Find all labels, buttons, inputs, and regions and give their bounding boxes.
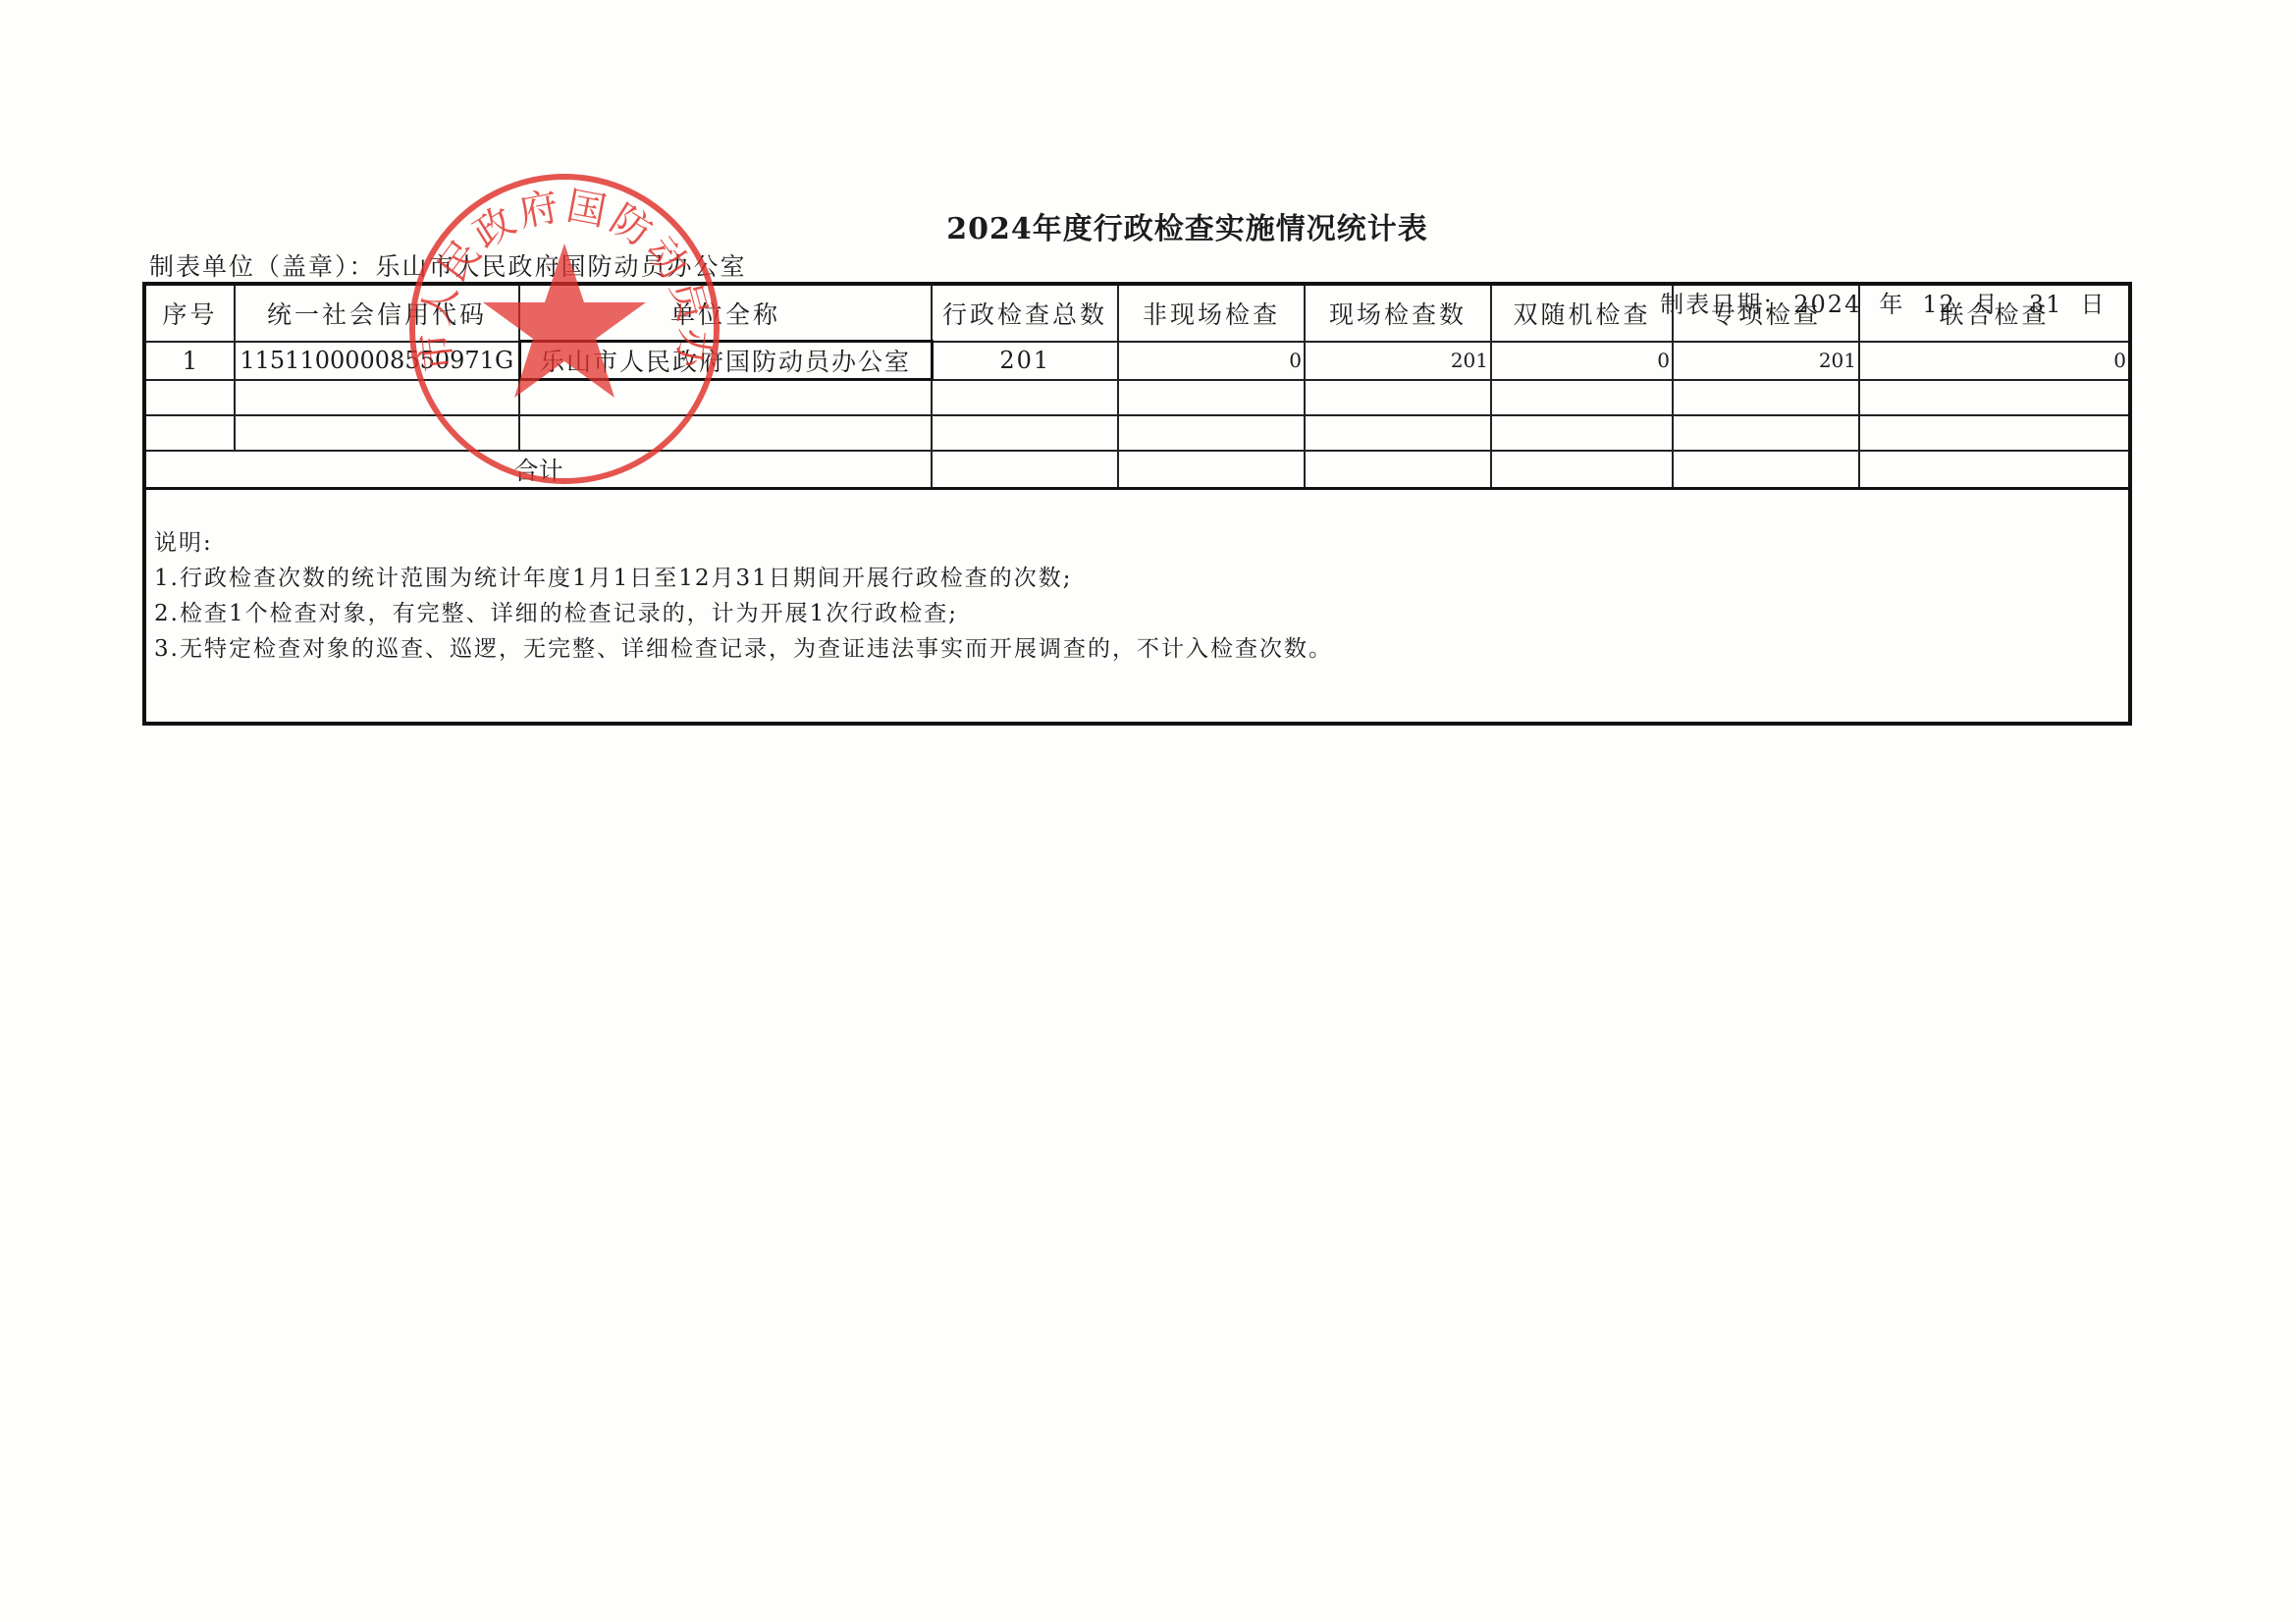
table-row-empty (146, 380, 2128, 416)
preparing-unit-name: 乐山市人民政府国防动员办公室 (376, 252, 747, 281)
table-row: 1 11511000008550971G 乐山市人民政府国防动员办公室 201 … (146, 342, 2128, 380)
preparing-unit: 制表单位（盖章）：乐山市人民政府国防动员办公室 (149, 247, 747, 283)
cell-index: 1 (146, 342, 235, 380)
header-total: 行政检查总数 (932, 286, 1118, 342)
notes-section: 说明: 1.行政检查次数的统计范围为统计年度1月1日至12月31日期间开展行政检… (146, 490, 2128, 667)
cell-credit-code: 11511000008550971G (235, 342, 519, 380)
header-onsite: 现场检查数 (1305, 286, 1491, 342)
statistics-sheet: 序号 统一社会信用代码 单位全称 行政检查总数 非现场检查 现场检查数 双随机检… (142, 282, 2132, 726)
cell-onsite: 201 (1305, 342, 1491, 380)
header-joint: 联合检查 (1859, 286, 2128, 342)
table-header-row: 序号 统一社会信用代码 单位全称 行政检查总数 非现场检查 现场检查数 双随机检… (146, 286, 2128, 342)
note-item: 2.检查1个检查对象，有完整、详细的检查记录的，计为开展1次行政检查; (154, 596, 2128, 631)
cell-unit-name: 乐山市人民政府国防动员办公室 (519, 342, 932, 380)
table-row-empty (146, 415, 2128, 451)
document-title: 2024年度行政检查实施情况统计表 (0, 204, 2296, 247)
note-item: 3.无特定检查对象的巡查、巡逻，无完整、详细检查记录，为查证违法事实而开展调查的… (154, 631, 2128, 667)
cell-special: 201 (1673, 342, 1859, 380)
header-unit-name: 单位全称 (519, 286, 932, 342)
notes-heading: 说明: (154, 525, 2128, 561)
header-double-random: 双随机检查 (1491, 286, 1673, 342)
header-offsite: 非现场检查 (1118, 286, 1305, 342)
cell-double-random: 0 (1491, 342, 1673, 380)
cell-offsite: 0 (1118, 342, 1305, 380)
preparing-unit-label: 制表单位（盖章）： (149, 252, 376, 281)
inspection-table: 序号 统一社会信用代码 单位全称 行政检查总数 非现场检查 现场检查数 双随机检… (146, 286, 2128, 490)
table-total-row: 合计 (146, 451, 2128, 489)
cell-joint: 0 (1859, 342, 2128, 380)
note-item: 1.行政检查次数的统计范围为统计年度1月1日至12月31日期间开展行政检查的次数… (154, 561, 2128, 596)
header-special: 专项检查 (1673, 286, 1859, 342)
total-label: 合计 (146, 451, 932, 489)
header-credit-code: 统一社会信用代码 (235, 286, 519, 342)
cell-total: 201 (932, 342, 1118, 380)
header-index: 序号 (146, 286, 235, 342)
